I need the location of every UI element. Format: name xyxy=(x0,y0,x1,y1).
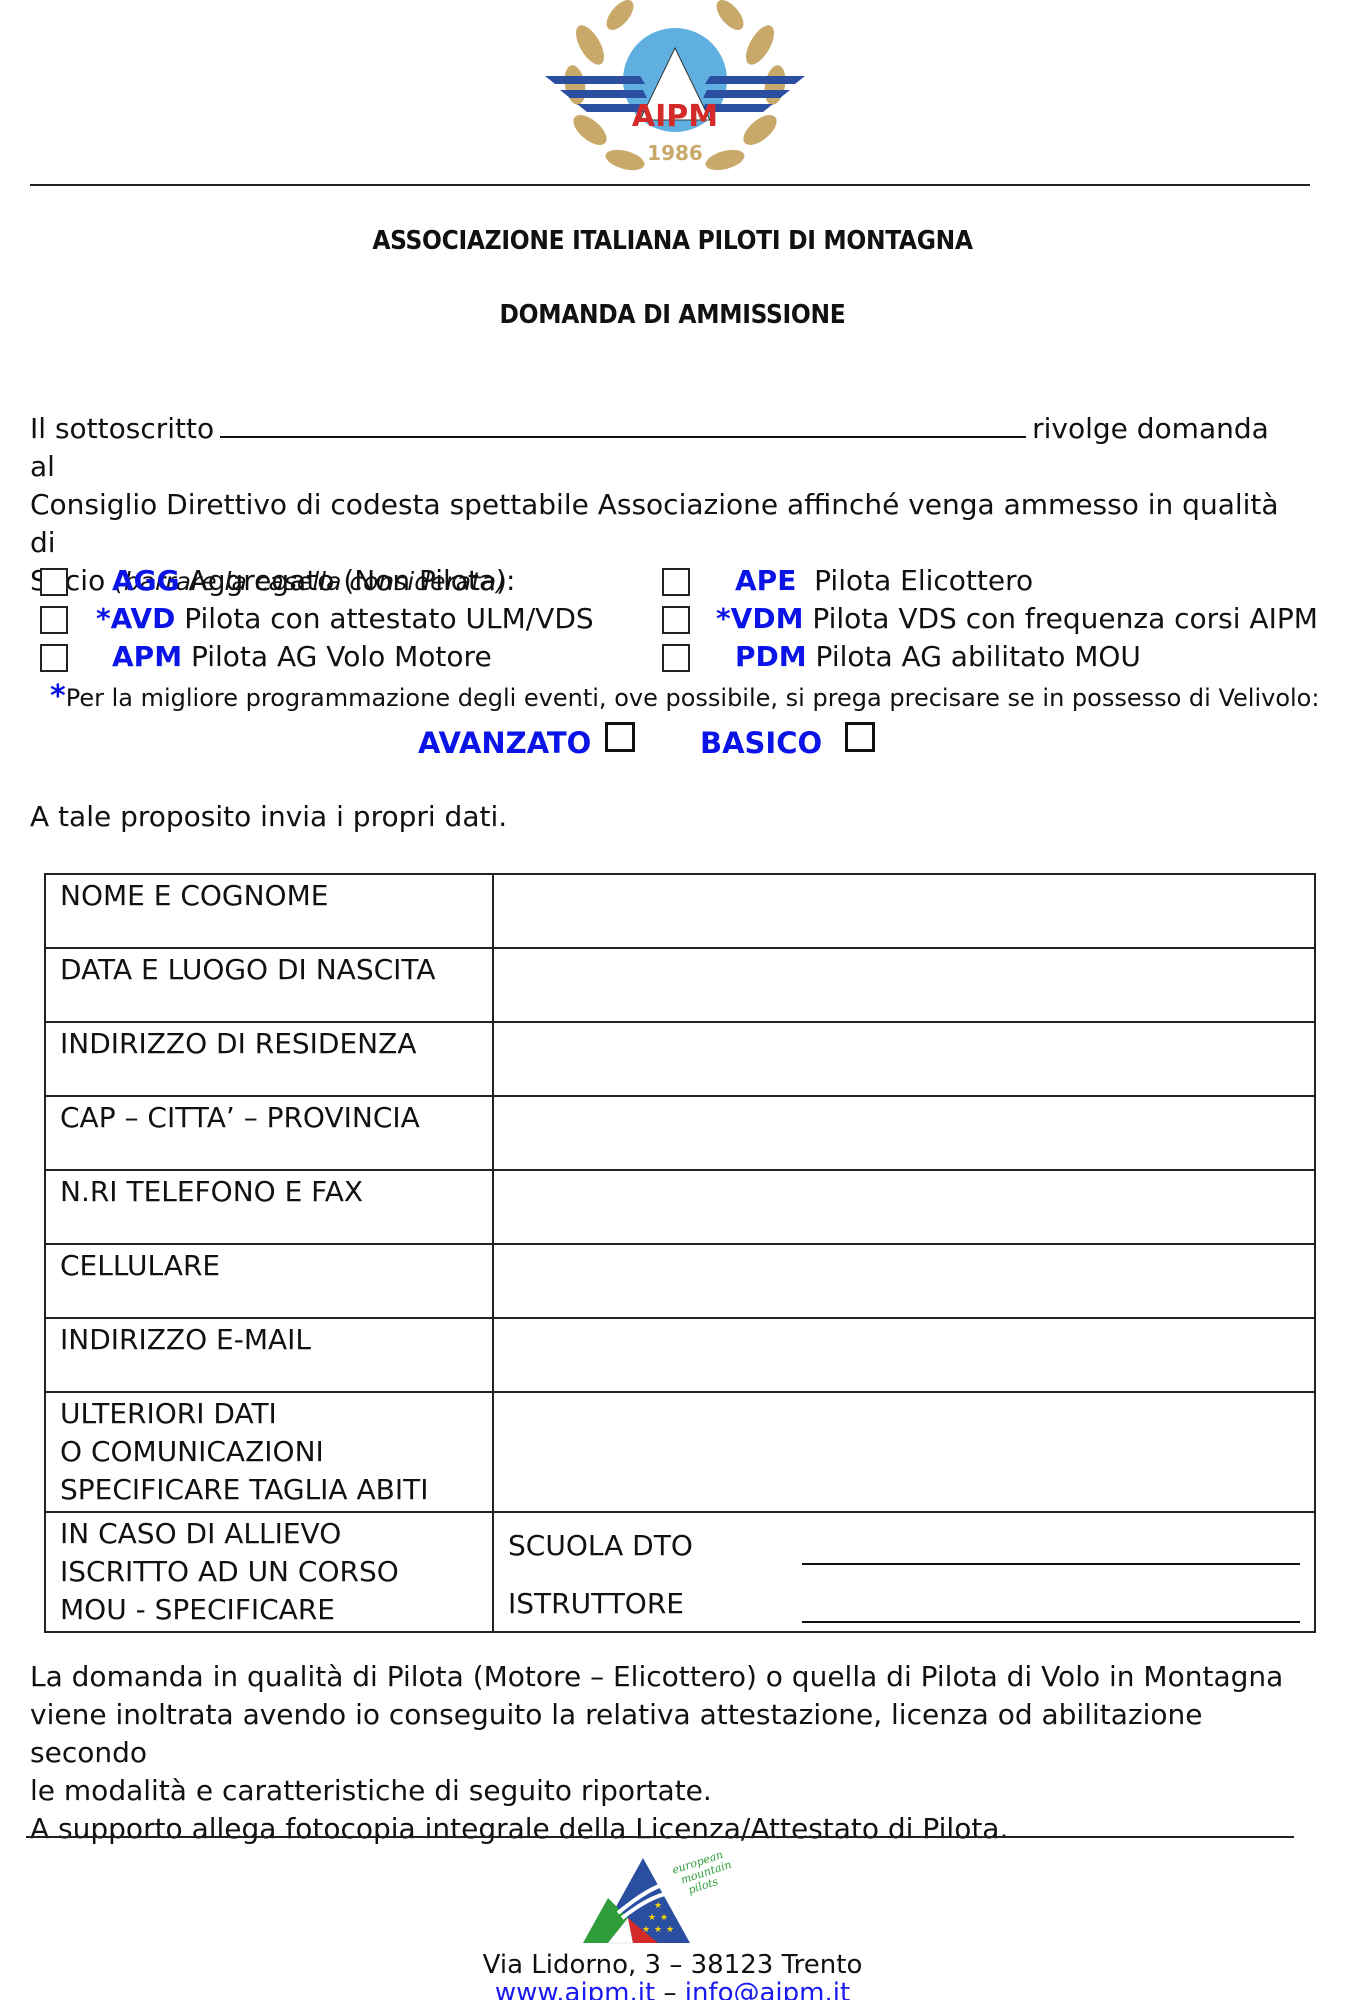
telefono-fax-field[interactable] xyxy=(493,1170,1315,1244)
checkbox-avanzato[interactable] xyxy=(605,722,635,752)
footer-links: www.aipm.it – info@aipm.it xyxy=(0,1978,1345,2000)
email-link[interactable]: info@aipm.it xyxy=(685,1978,850,2000)
intro-colon: : xyxy=(506,564,515,597)
row-label: INDIRIZZO E-MAIL xyxy=(45,1318,493,1392)
footer-separator: – xyxy=(663,1978,676,2000)
istruttore-field[interactable] xyxy=(802,1591,1300,1623)
header-divider xyxy=(30,184,1310,186)
table-row: CELLULARE xyxy=(45,1244,1315,1318)
svg-text:★: ★ xyxy=(654,1925,662,1935)
row-label: CAP – CITTA’ – PROVINCIA xyxy=(45,1096,493,1170)
option-vdm: *VDM Pilota VDS con frequenza corsi AIPM xyxy=(716,600,1318,638)
website-link[interactable]: www.aipm.it xyxy=(495,1978,655,2000)
option-ape: APE Pilota Elicottero xyxy=(735,562,1033,600)
row-label: N.RI TELEFONO E FAX xyxy=(45,1170,493,1244)
association-title: ASSOCIAZIONE ITALIANA PILOTI DI MONTAGNA xyxy=(0,226,1345,256)
table-row: IN CASO DI ALLIEVO ISCRITTO AD UN CORSO … xyxy=(45,1512,1315,1632)
indirizzo-residenza-field[interactable] xyxy=(493,1022,1315,1096)
row-label: NOME E COGNOME xyxy=(45,874,493,948)
checkbox-ape[interactable] xyxy=(662,568,690,596)
svg-text:★: ★ xyxy=(642,1925,650,1935)
svg-text:★: ★ xyxy=(666,1925,674,1935)
nome-cognome-field[interactable] xyxy=(493,874,1315,948)
footer-address: Via Lidorno, 3 – 38123 Trento xyxy=(0,1950,1345,1980)
checkbox-pdm[interactable] xyxy=(662,644,690,672)
applicant-name-blank[interactable] xyxy=(220,410,1026,438)
level-avanzato-label: AVANZATO xyxy=(418,726,591,760)
checkbox-agg[interactable] xyxy=(40,568,68,596)
checkbox-vdm[interactable] xyxy=(662,606,690,634)
intro-line2: Consiglio Direttivo di codesta spettabil… xyxy=(30,486,1300,562)
option-apm: APM Pilota AG Volo Motore xyxy=(112,638,492,676)
svg-text:AIPM: AIPM xyxy=(632,99,718,134)
footer-divider xyxy=(26,1836,1294,1838)
row-label: INDIRIZZO DI RESIDENZA xyxy=(45,1022,493,1096)
table-row: ULTERIORI DATI O COMUNICAZIONI SPECIFICA… xyxy=(45,1392,1315,1512)
svg-text:★: ★ xyxy=(648,1913,656,1923)
svg-text:★: ★ xyxy=(654,1901,662,1911)
footnote: *Per la migliore programmazione degli ev… xyxy=(50,682,1319,713)
scuola-dto-label: SCUOLA DTO xyxy=(508,1527,693,1565)
checkbox-apm[interactable] xyxy=(40,644,68,672)
aipm-logo: AIPM 1986 xyxy=(545,0,805,180)
row-label-student: IN CASO DI ALLIEVO ISCRITTO AD UN CORSO … xyxy=(45,1512,493,1632)
scuola-dto-field[interactable] xyxy=(802,1533,1300,1565)
data-luogo-nascita-field[interactable] xyxy=(493,948,1315,1022)
option-agg: AGG Aggregato (Non Pilota) xyxy=(112,562,507,600)
form-title: DOMANDA DI AMMISSIONE xyxy=(0,300,1345,330)
level-basico-label: BASICO xyxy=(700,726,822,760)
table-row: N.RI TELEFONO E FAX xyxy=(45,1170,1315,1244)
row-label: CELLULARE xyxy=(45,1244,493,1318)
row-label: DATA E LUOGO DI NASCITA xyxy=(45,948,493,1022)
istruttore-label: ISTRUTTORE xyxy=(508,1585,684,1623)
option-pdm: PDM Pilota AG abilitato MOU xyxy=(735,638,1141,676)
scuola-dto-row: SCUOLA DTO xyxy=(508,1527,1300,1565)
closing-paragraph: La domanda in qualità di Pilota (Motore … xyxy=(30,1658,1300,1848)
cap-citta-provincia-field[interactable] xyxy=(493,1096,1315,1170)
intro-lead: Il sottoscritto xyxy=(30,412,214,445)
table-row: INDIRIZZO E-MAIL xyxy=(45,1318,1315,1392)
student-course-cell: SCUOLA DTO ISTRUTTORE xyxy=(493,1512,1315,1632)
table-row: INDIRIZZO DI RESIDENZA xyxy=(45,1022,1315,1096)
row-label-extra: ULTERIORI DATI O COMUNICAZIONI SPECIFICA… xyxy=(45,1392,493,1512)
svg-text:1986: 1986 xyxy=(647,141,703,165)
checkbox-avd[interactable] xyxy=(40,606,68,634)
applicant-data-table: NOME E COGNOME DATA E LUOGO DI NASCITA I… xyxy=(44,873,1316,1633)
send-data-text: A tale proposito invia i propri dati. xyxy=(30,798,1300,836)
cellulare-field[interactable] xyxy=(493,1244,1315,1318)
email-field[interactable] xyxy=(493,1318,1315,1392)
checkbox-basico[interactable] xyxy=(845,722,875,752)
european-mountain-pilots-logo: ★★★ ★★★ european mountain pilots xyxy=(578,1848,758,1948)
ulteriori-dati-field[interactable] xyxy=(493,1392,1315,1512)
option-avd: *AVD Pilota con attestato ULM/VDS xyxy=(96,600,594,638)
table-row: NOME E COGNOME xyxy=(45,874,1315,948)
table-row: DATA E LUOGO DI NASCITA xyxy=(45,948,1315,1022)
istruttore-row: ISTRUTTORE xyxy=(508,1585,1300,1623)
svg-text:★: ★ xyxy=(660,1913,668,1923)
table-row: CAP – CITTA’ – PROVINCIA xyxy=(45,1096,1315,1170)
